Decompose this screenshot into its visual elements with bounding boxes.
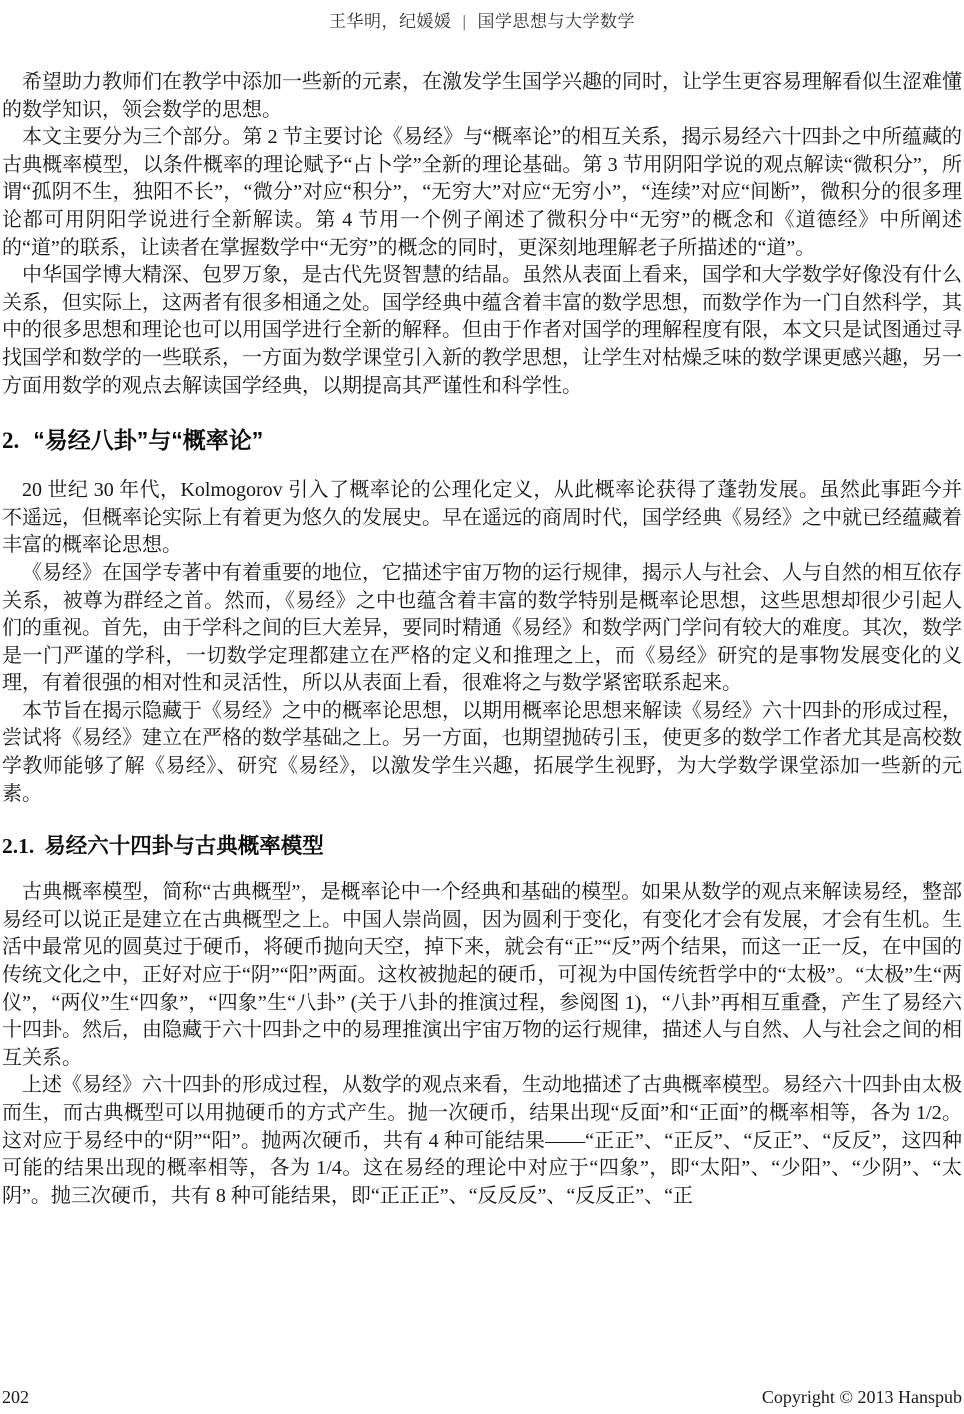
para-kolmogorov: 20 世纪 30 年代，Kolmogorov 引入了概率论的公理化定义，从此概率… bbox=[2, 477, 962, 560]
running-head: 王华明，纪媛媛|国学思想与大学数学 bbox=[0, 0, 964, 32]
section-2-1-title: 易经六十四卦与古典概率模型 bbox=[44, 834, 324, 858]
page-number: 202 bbox=[2, 1387, 29, 1408]
page-footer: 202 Copyright © 2013 Hanspub bbox=[2, 1387, 962, 1408]
paper-page: 王华明，纪媛媛|国学思想与大学数学 希望助力教师们在教学中添加一些新的元素，在激… bbox=[0, 0, 964, 1414]
section-2-number: 2. bbox=[2, 428, 19, 453]
article-body: 希望助力教师们在教学中添加一些新的元素，在激发学生国学兴趣的同时，让学生更容易理… bbox=[0, 69, 964, 1210]
running-head-title: 国学思想与大学数学 bbox=[477, 12, 635, 31]
running-head-separator: | bbox=[463, 12, 467, 32]
para-yijing-status: 《易经》在国学专著中有着重要的地位，它描述宇宙万物的运行规律，揭示人与社会、人与… bbox=[2, 560, 962, 698]
running-head-authors: 王华明，纪媛媛 bbox=[329, 12, 452, 31]
section-2-title: “易经八卦”与“概率论” bbox=[33, 427, 263, 453]
section-2-heading: 2.“易经八卦”与“概率论” bbox=[2, 425, 962, 456]
para-structure: 本文主要分为三个部分。第 2 节主要讨论《易经》与“概率论”的相互关系，揭示易经… bbox=[2, 124, 962, 262]
section-2-1-heading: 2.1.易经六十四卦与古典概率模型 bbox=[2, 832, 962, 860]
para-guoxue-intro: 中华国学博大精深、包罗万象，是古代先贤智慧的结晶。虽然从表面上看来，国学和大学数… bbox=[2, 262, 962, 400]
para-classical-model: 古典概率模型，简称“古典概型”，是概率论中一个经典和基础的模型。如果从数学的观点… bbox=[2, 879, 962, 1072]
section-2-1-number: 2.1. bbox=[2, 834, 34, 858]
para-section-goal: 本节旨在揭示隐藏于《易经》之中的概率论思想，以期用概率论思想来解读《易经》六十四… bbox=[2, 698, 962, 808]
para-coin-toss: 上述《易经》六十四卦的形成过程，从数学的观点来看，生动地描述了古典概率模型。易经… bbox=[2, 1072, 962, 1210]
copyright-notice: Copyright © 2013 Hanspub bbox=[762, 1387, 962, 1408]
para-hope: 希望助力教师们在教学中添加一些新的元素，在激发学生国学兴趣的同时，让学生更容易理… bbox=[2, 69, 962, 124]
